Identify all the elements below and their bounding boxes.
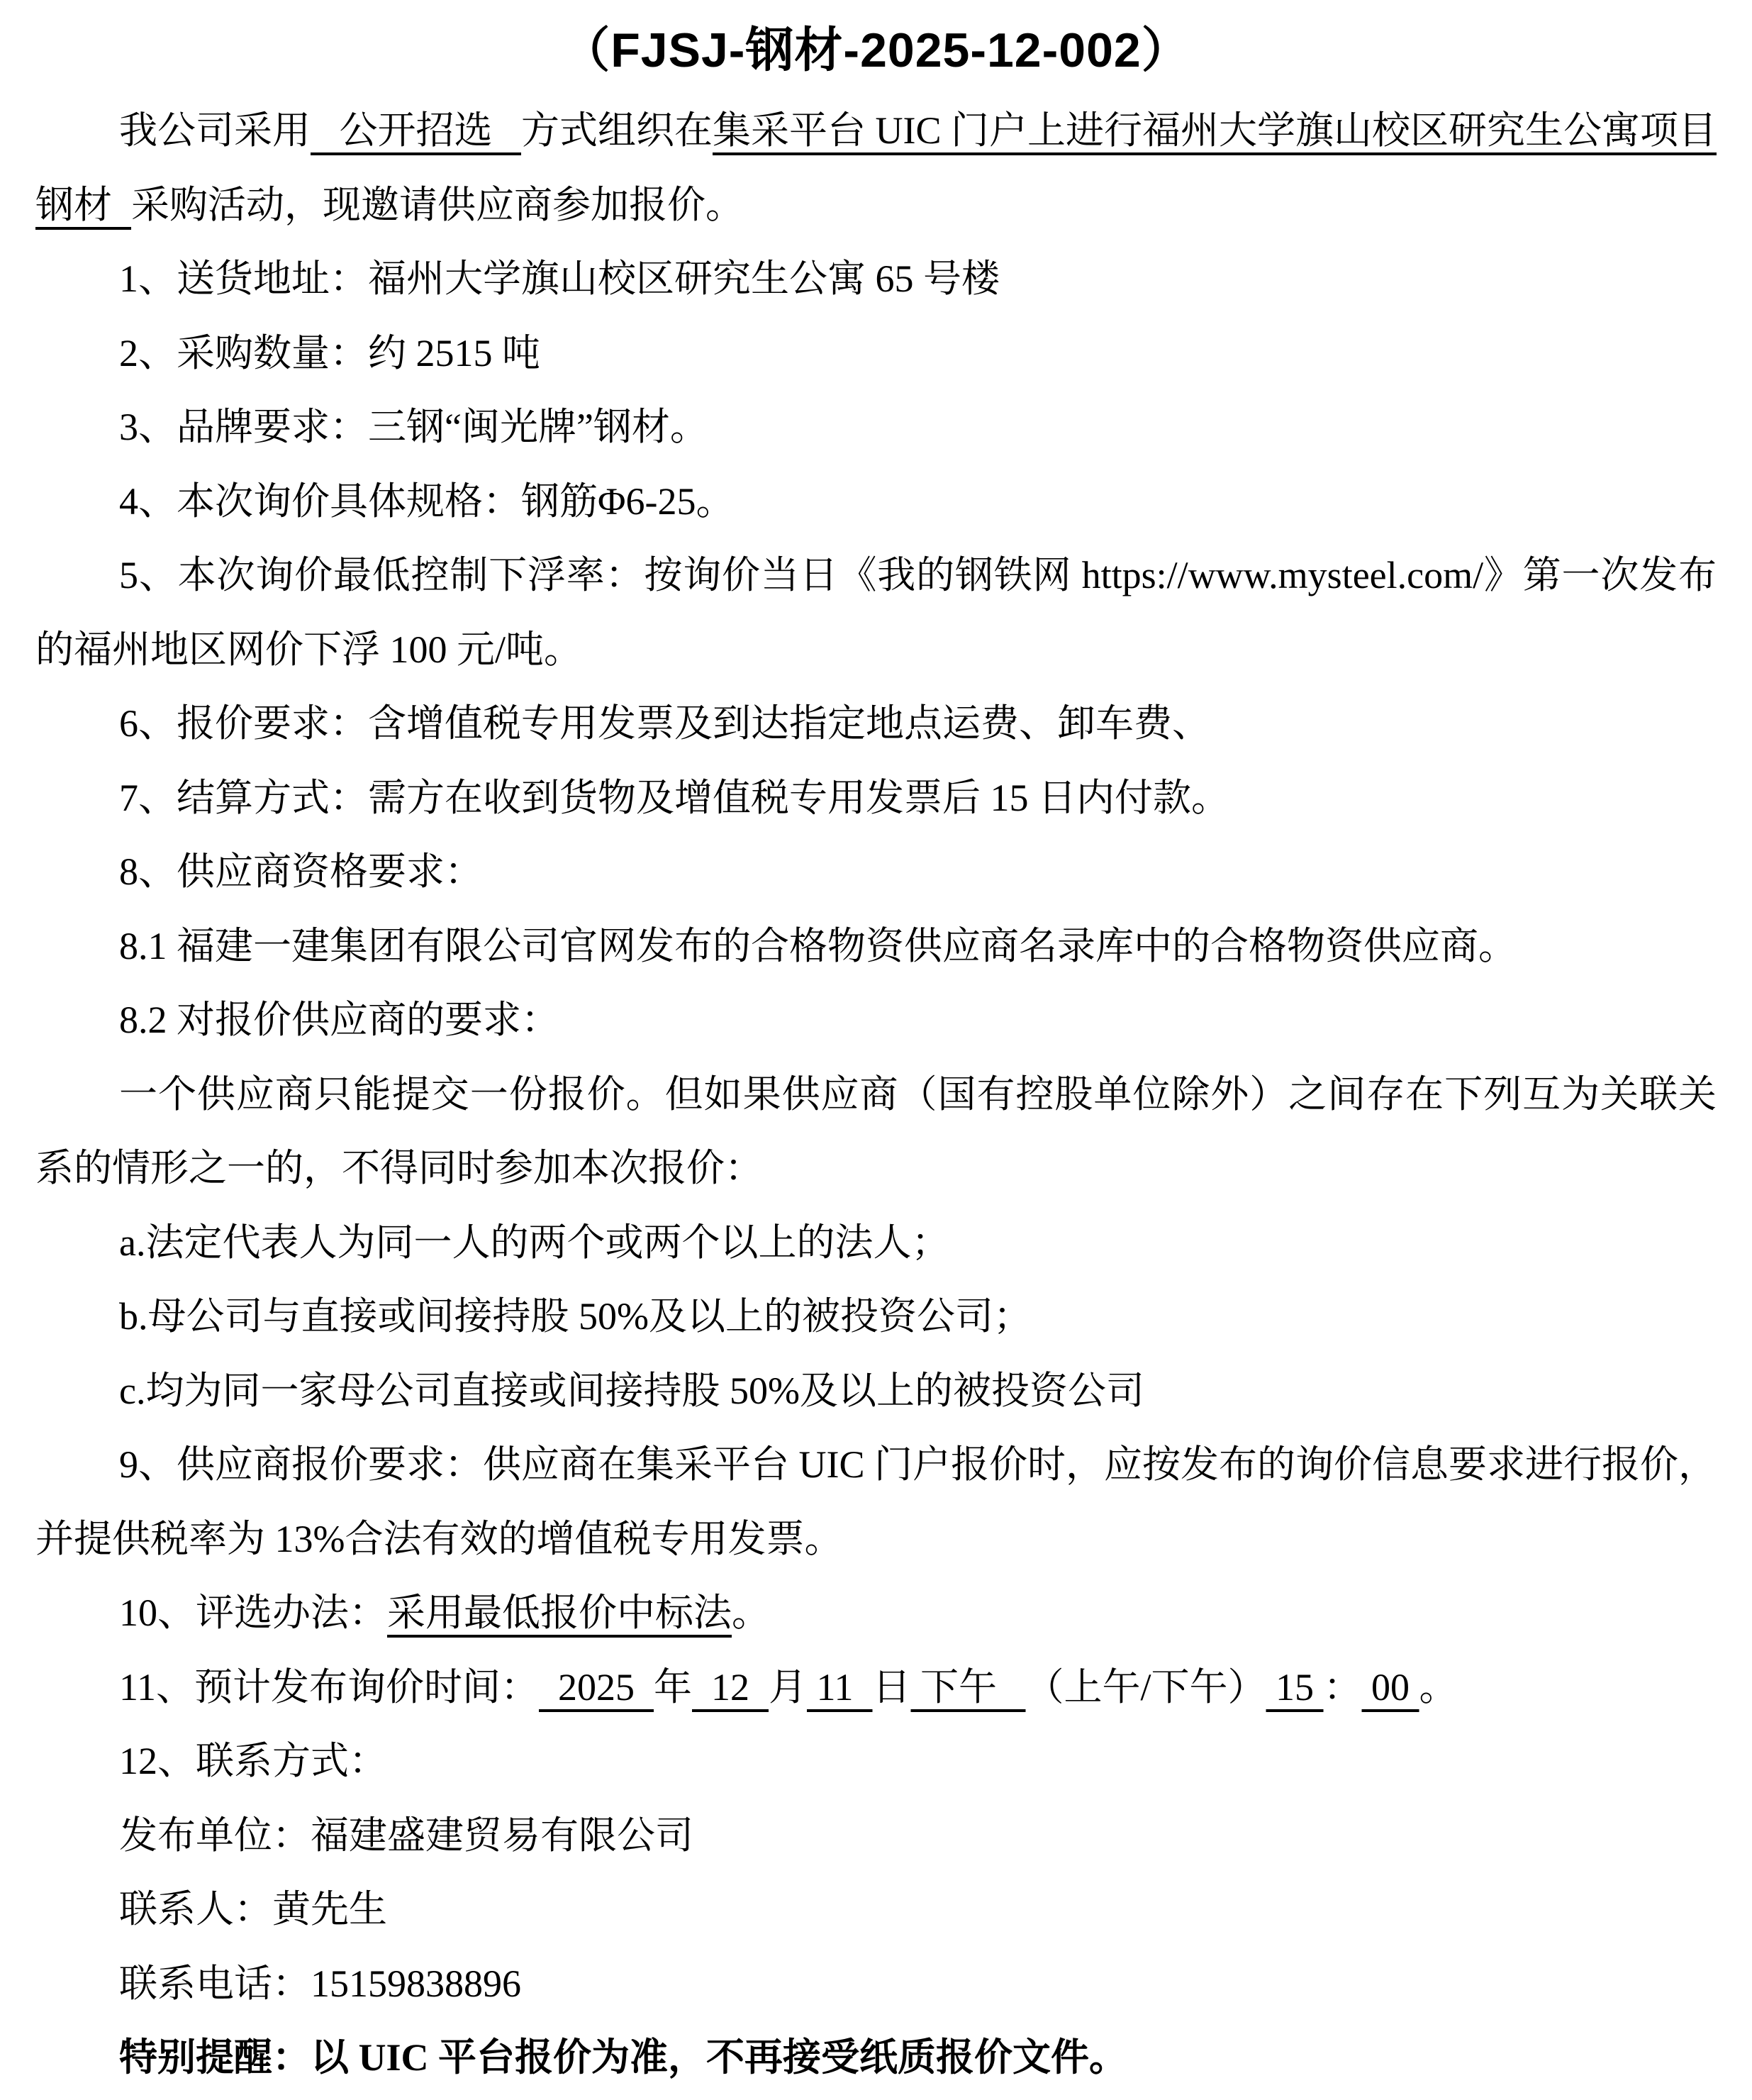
text-run: 我公司采用	[119, 109, 311, 152]
underlined-text: 15	[1266, 1666, 1324, 1709]
paragraph: 8、供应商资格要求：	[35, 835, 1717, 909]
paragraph: 发布单位：福建盛建贸易有限公司	[35, 1799, 1717, 1873]
underlined-text: 12	[692, 1666, 769, 1709]
paragraph: 10、评选办法：采用最低报价中标法。	[35, 1576, 1717, 1650]
text-run: 日	[873, 1666, 911, 1709]
text-run: 联系电话：15159838896	[119, 1962, 521, 2005]
text-run: ：	[1324, 1666, 1362, 1709]
paragraph: 我公司采用 公开招选 方式组织在集采平台 UIC 门户上进行福州大学旗山校区研究…	[35, 94, 1717, 242]
text-run: 。	[1419, 1666, 1458, 1709]
text-run: 月	[769, 1666, 807, 1709]
text-run: 发布单位：福建盛建贸易有限公司	[119, 1814, 693, 1857]
paragraph: 6、报价要求：含增值税专用发票及到达指定地点运费、卸车费、	[35, 687, 1717, 761]
text-run: 3、品牌要求：三钢“闽光牌”钢材。	[119, 406, 708, 448]
paragraph: 9、供应商报价要求：供应商在集采平台 UIC 门户报价时，应按发布的询价信息要求…	[35, 1428, 1717, 1576]
paragraph: c.均为同一家母公司直接或间接持股 50%及以上的被投资公司	[35, 1354, 1717, 1428]
paragraph: 4、本次询价具体规格：钢筋Φ6-25。	[35, 465, 1717, 539]
document-page: （FJSJ-钢材-2025-12-002） 我公司采用 公开招选 方式组织在集采…	[0, 0, 1752, 2100]
underlined-text: 00	[1362, 1666, 1419, 1709]
paragraph: 8.2 对报价供应商的要求：	[35, 983, 1717, 1057]
text-run: 11、预计发布询价时间：	[119, 1666, 539, 1709]
text-run: b.母公司与直接或间接持股 50%及以上的被投资公司；	[119, 1295, 1032, 1338]
text-run: 6、报价要求：含增值税专用发票及到达指定地点运费、卸车费、	[119, 702, 1210, 745]
paragraph: 12、联系方式：	[35, 1724, 1717, 1799]
text-run: 5、本次询价最低控制下浮率：按询价当日《我的钢铁网 https://www.my…	[35, 554, 1717, 671]
paragraph: 联系人：黄先生	[35, 1872, 1717, 1947]
paragraph: b.母公司与直接或间接持股 50%及以上的被投资公司；	[35, 1279, 1717, 1354]
text-run: 4、本次询价具体规格：钢筋Φ6-25。	[119, 480, 734, 523]
paragraph: 11、预计发布询价时间： 2025 年 12 月 11 日 下午 （上午/下午）…	[35, 1650, 1717, 1725]
text-run: 8.2 对报价供应商的要求：	[119, 999, 559, 1041]
text-run: 7、结算方式：需方在收到货物及增值税专用发票后 15 日内付款。	[119, 777, 1229, 819]
paragraph: 一个供应商只能提交一份报价。但如果供应商（国有控股单位除外）之间存在下列互为关联…	[35, 1057, 1717, 1206]
text-run: 方式组织在	[521, 109, 713, 152]
paragraph: 联系电话：15159838896	[35, 1947, 1717, 2021]
underlined-text: 2025	[539, 1666, 654, 1709]
text-run: 。	[732, 1591, 770, 1634]
paragraph: 7、结算方式：需方在收到货物及增值税专用发票后 15 日内付款。	[35, 761, 1717, 835]
text-run: 12、联系方式：	[119, 1740, 387, 1782]
text-run: 2、采购数量：约 2515 吨	[119, 332, 540, 374]
text-run: 一个供应商只能提交一份报价。但如果供应商（国有控股单位除外）之间存在下列互为关联…	[35, 1073, 1717, 1190]
text-run: 采购活动，现邀请供应商参加报价。	[131, 184, 744, 226]
paragraph: 2、采购数量：约 2515 吨	[35, 316, 1717, 391]
underlined-text: 公开招选	[311, 109, 521, 152]
paragraph: 8.1 福建一建集团有限公司官网发布的合格物资供应商名录库中的合格物资供应商。	[35, 909, 1717, 984]
text-run: 8、供应商资格要求：	[119, 850, 483, 893]
text-run: 8.1 福建一建集团有限公司官网发布的合格物资供应商名录库中的合格物资供应商。	[119, 925, 1517, 967]
text-run: c.均为同一家母公司直接或间接持股 50%及以上的被投资公司	[119, 1370, 1144, 1412]
text-run: 特别提醒：以 UIC 平台报价为准，不再接受纸质报价文件。	[119, 2036, 1127, 2079]
paragraph: 1、送货地址：福州大学旗山校区研究生公寓 65 号楼	[35, 242, 1717, 316]
document-title: （FJSJ-钢材-2025-12-002）	[35, 7, 1717, 94]
text-run: 年	[654, 1666, 692, 1709]
paragraph: 3、品牌要求：三钢“闽光牌”钢材。	[35, 390, 1717, 465]
text-run: a.法定代表人为同一人的两个或两个以上的法人；	[119, 1221, 949, 1264]
text-run: 9、供应商报价要求：供应商在集采平台 UIC 门户报价时，应按发布的询价信息要求…	[35, 1443, 1717, 1560]
paragraph: 特别提醒：以 UIC 平台报价为准，不再接受纸质报价文件。	[35, 2021, 1717, 2095]
text-run: 1、送货地址：福州大学旗山校区研究生公寓 65 号楼	[119, 257, 1000, 300]
underlined-text: 下午	[911, 1666, 1026, 1709]
paragraph: a.法定代表人为同一人的两个或两个以上的法人；	[35, 1206, 1717, 1280]
paragraph: 5、本次询价最低控制下浮率：按询价当日《我的钢铁网 https://www.my…	[35, 538, 1717, 687]
document-body: 我公司采用 公开招选 方式组织在集采平台 UIC 门户上进行福州大学旗山校区研究…	[35, 94, 1717, 2095]
text-run: 联系人：黄先生	[119, 1888, 387, 1930]
underlined-text: 采用最低报价中标法	[387, 1591, 732, 1634]
text-run: （上午/下午）	[1026, 1666, 1266, 1709]
underlined-text: 11	[807, 1666, 873, 1709]
text-run: 10、评选办法：	[119, 1591, 387, 1634]
